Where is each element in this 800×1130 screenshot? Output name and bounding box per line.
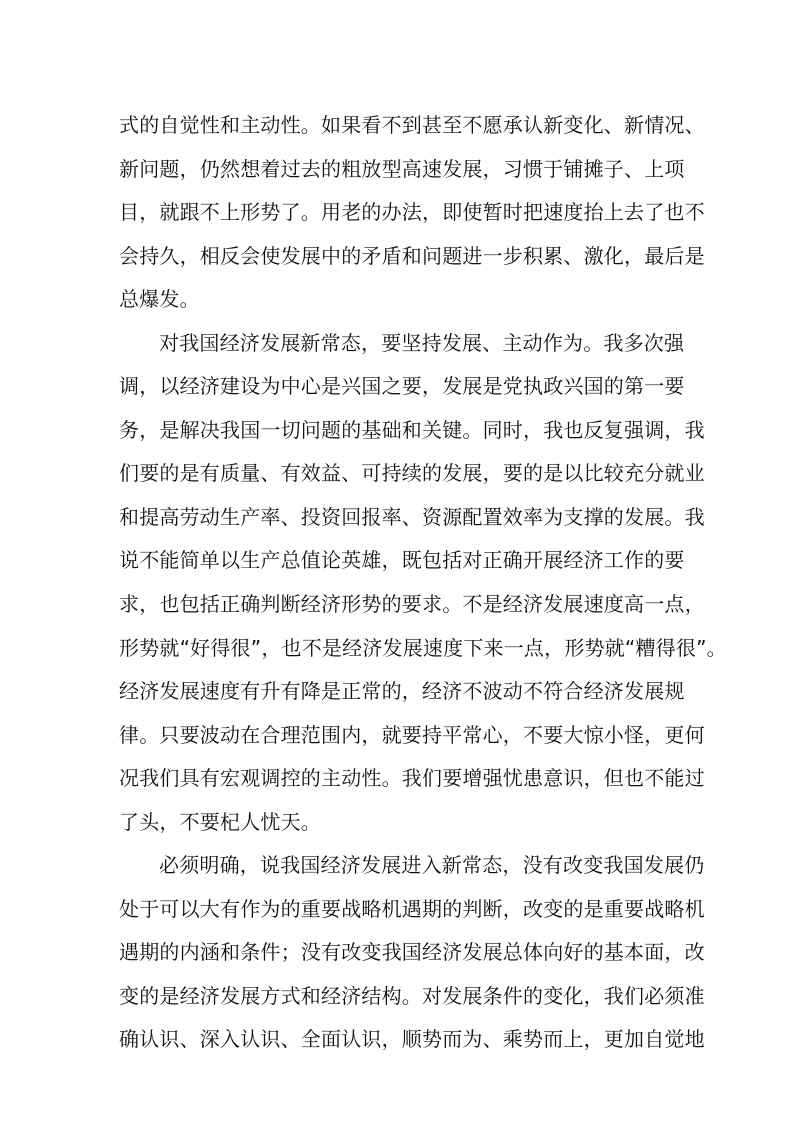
text-line: 遇期的内涵和条件；没有改变我国经济发展总体向好的基本面，改 (119, 931, 689, 975)
text-line: 形势就“好得很”，也不是经济发展速度下来一点，形势就“糟得很”。 (119, 627, 689, 671)
text-line: 们要的是有质量、有效益、可持续的发展，要的是以比较充分就业 (119, 452, 689, 496)
text-line: 和提高劳动生产率、投资回报率、资源配置效率为支撑的发展。我 (119, 496, 689, 540)
text-line: 调，以经济建设为中心是兴国之要，发展是党执政兴国的第一要 (119, 365, 689, 409)
document-page: 式的自觉性和主动性。如果看不到甚至不愿承认新变化、新情况、 新问题，仍然想着过去… (0, 0, 800, 1130)
text-line: 变的是经济发展方式和经济结构。对发展条件的变化，我们必须准 (119, 975, 689, 1019)
text-line: 会持久，相反会使发展中的矛盾和问题进一步积累、激化，最后是 (119, 235, 689, 279)
text-line: 务，是解决我国一切问题的基础和关键。同时，我也反复强调，我 (119, 409, 689, 453)
text-line: 经济发展速度有升有降是正常的，经济不波动不符合经济发展规 (119, 670, 689, 714)
text-line: 求，也包括正确判断经济形势的要求。不是经济发展速度高一点， (119, 583, 689, 627)
body-text: 式的自觉性和主动性。如果看不到甚至不愿承认新变化、新情况、 新问题，仍然想着过去… (119, 104, 689, 1062)
paragraph-start-line: 对我国经济发展新常态，要坚持发展、主动作为。我多次强 (119, 322, 689, 366)
paragraph-start-line: 必须明确，说我国经济发展进入新常态，没有改变我国发展仍 (119, 844, 689, 888)
text-line: 了头，不要杞人忧天。 (119, 801, 689, 845)
text-line: 说不能简单以生产总值论英雄，既包括对正确开展经济工作的要 (119, 539, 689, 583)
text-line: 确认识、深入认识、全面认识，顺势而为、乘势而上，更加自觉地 (119, 1018, 689, 1062)
text-line: 处于可以大有作为的重要战略机遇期的判断，改变的是重要战略机 (119, 888, 689, 932)
text-line: 目，就跟不上形势了。用老的办法，即使暂时把速度抬上去了也不 (119, 191, 689, 235)
text-line: 新问题，仍然想着过去的粗放型高速发展，习惯于铺摊子、上项 (119, 148, 689, 192)
text-line: 总爆发。 (119, 278, 689, 322)
text-line: 式的自觉性和主动性。如果看不到甚至不愿承认新变化、新情况、 (119, 104, 689, 148)
text-line: 律。只要波动在合理范围内，就要持平常心，不要大惊小怪，更何 (119, 714, 689, 758)
text-line: 况我们具有宏观调控的主动性。我们要增强忧患意识，但也不能过 (119, 757, 689, 801)
